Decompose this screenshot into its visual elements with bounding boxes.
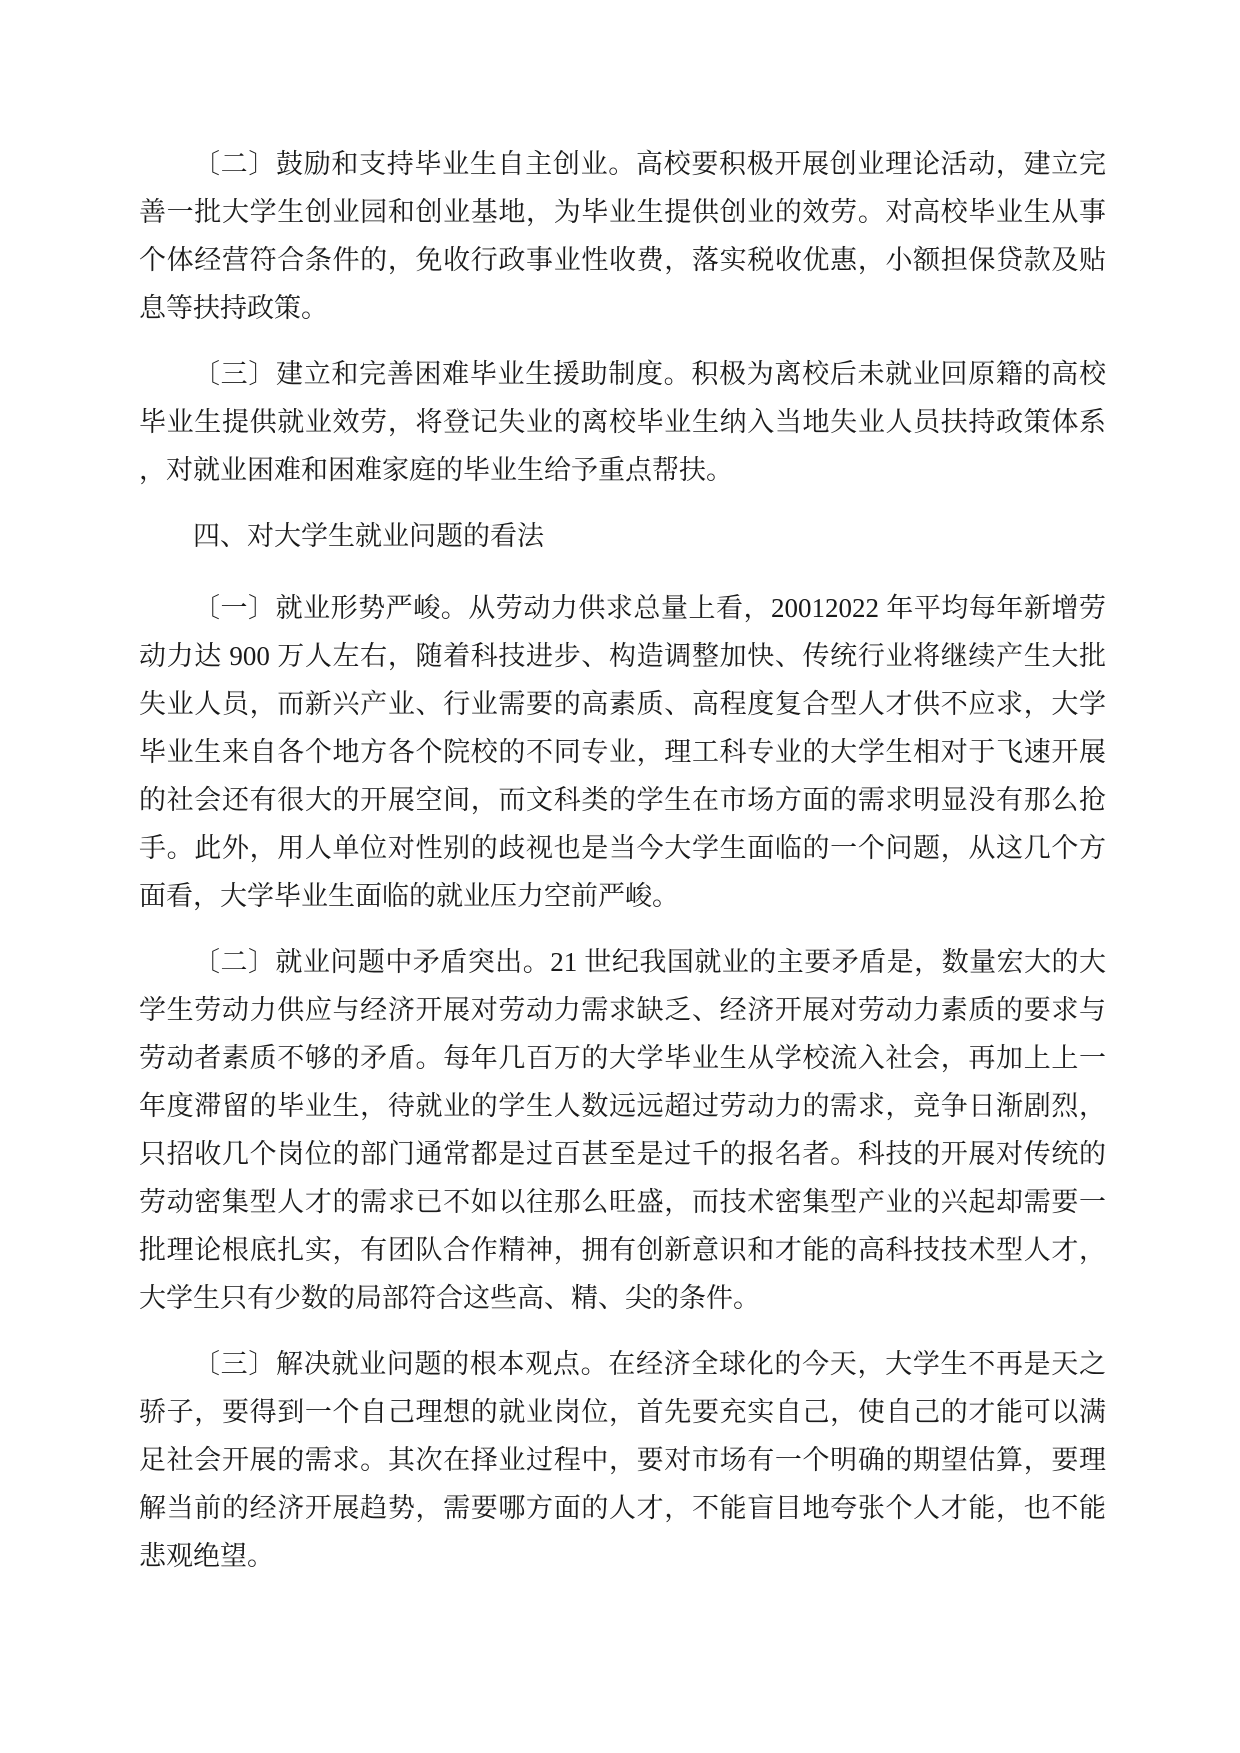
paragraph-aid-disadvantaged-graduates: 〔三〕建立和完善困难毕业生援助制度。积极为离校后未就业回原籍的高校毕业生提供就业… <box>139 350 1106 494</box>
section-heading-employment-views: 四、对大学生就业问题的看法 <box>139 512 1106 560</box>
paragraph-support-entrepreneurship: 〔二〕鼓励和支持毕业生自主创业。高校要积极开展创业理论活动，建立完善一批大学生创… <box>139 140 1106 332</box>
document-page: 〔二〕鼓励和支持毕业生自主创业。高校要积极开展创业理论活动，建立完善一批大学生创… <box>0 0 1240 1753</box>
paragraph-severe-employment-situation: 〔一〕就业形势严峻。从劳动力供求总量上看，20012022 年平均每年新增劳动力… <box>139 584 1106 920</box>
paragraph-fundamental-viewpoint: 〔三〕解决就业问题的根本观点。在经济全球化的今天，大学生不再是天之骄子，要得到一… <box>139 1340 1106 1580</box>
paragraph-employment-contradictions: 〔二〕就业问题中矛盾突出。21 世纪我国就业的主要矛盾是，数量宏大的大学生劳动力… <box>139 938 1106 1322</box>
